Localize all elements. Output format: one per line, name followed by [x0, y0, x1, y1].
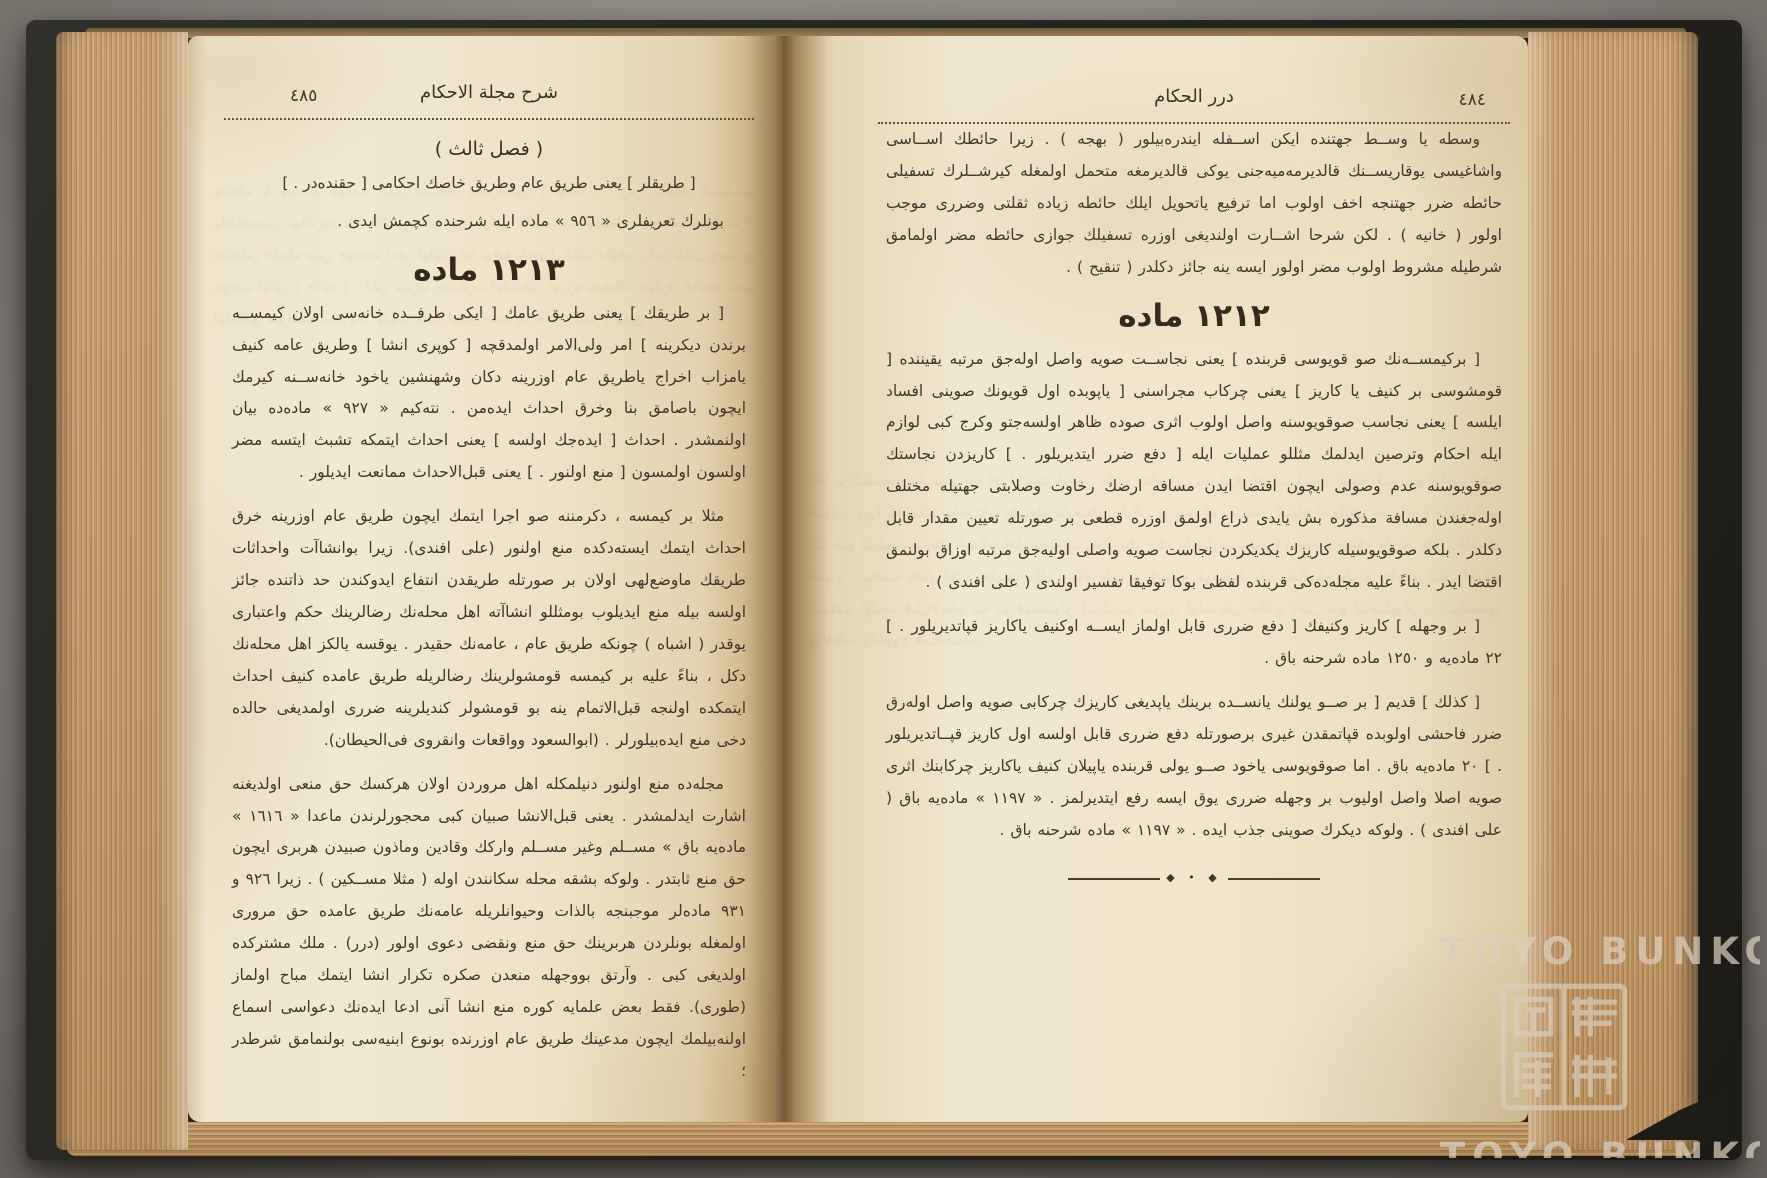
right-page-number: ٤٨٤	[1459, 90, 1486, 110]
article-heading-1212: ١٢١٢ ماده	[886, 298, 1502, 334]
section-divider: ◆ • ◆	[1064, 872, 1324, 885]
divider-line	[1068, 878, 1160, 880]
right-running-title: درر الحكام	[886, 86, 1502, 107]
bottom-page-stack-edge	[66, 1122, 1696, 1156]
divider-fleuron: ◆ • ◆	[1166, 871, 1221, 884]
right-page: مثلا بر كيمسه ، دكرمننه صو اجرا ايتمك اي…	[782, 36, 1528, 1122]
left-page-header: ٤٨٥ شرح مجلة الاحكام	[232, 82, 746, 114]
left-page-number: ٤٨٥	[290, 86, 317, 106]
photo-of-open-book: وسطه يا وســط جهتنده ايكن اســفله ايندره…	[0, 0, 1767, 1178]
left-page: وسطه يا وســط جهتنده ايكن اســفله ايندره…	[188, 36, 782, 1122]
article-heading-1213: ١٢١٣ ماده	[232, 252, 746, 288]
right-page-header: درر الحكام ٤٨٤	[886, 86, 1502, 118]
left-page-content: وسطه يا وســط جهتنده ايكن اســفله ايندره…	[188, 36, 782, 1122]
paragraph: مجله‌ده منع اولنور دنيلمكله اهل مروردن ا…	[232, 769, 746, 1088]
header-rule	[224, 116, 754, 120]
section-heading: ( فصل ثالث )	[232, 138, 746, 160]
paragraph: [ بركيمســه‌نك صو قويوسى قربنده ] يعنى ن…	[886, 344, 1502, 599]
paragraph: وسطه يا وســط جهتنده ايكن اســفله ايندره…	[886, 124, 1502, 284]
divider-line	[1228, 878, 1320, 880]
right-page-content: مثلا بر كيمسه ، دكرمننه صو اجرا ايتمك اي…	[782, 36, 1528, 1122]
paragraph: [ بر طريقك ] يعنى طريق عامك [ ايكى طرفــ…	[232, 298, 746, 490]
left-page-stack-edge	[56, 32, 188, 1150]
paragraph: [ بر وجهله ] كاريز وكنيفك [ دفع ضررى قاب…	[886, 611, 1502, 675]
book: وسطه يا وســط جهتنده ايكن اســفله ايندره…	[26, 20, 1742, 1160]
right-page-stack-edge	[1528, 32, 1698, 1150]
intro-line: [ طريقلر ] يعنى طريق عام وطريق خاصك احكا…	[232, 168, 746, 200]
paragraph: [ كذلك ] قديم [ بر صــو يولنك يانســده ب…	[886, 687, 1502, 847]
paragraph: مثلا بر كيمسه ، دكرمننه صو اجرا ايتمك اي…	[232, 501, 746, 756]
intro-line: بونلرك تعريفلرى « ٩٥٦ » ماده ايله شرحنده…	[232, 206, 746, 238]
